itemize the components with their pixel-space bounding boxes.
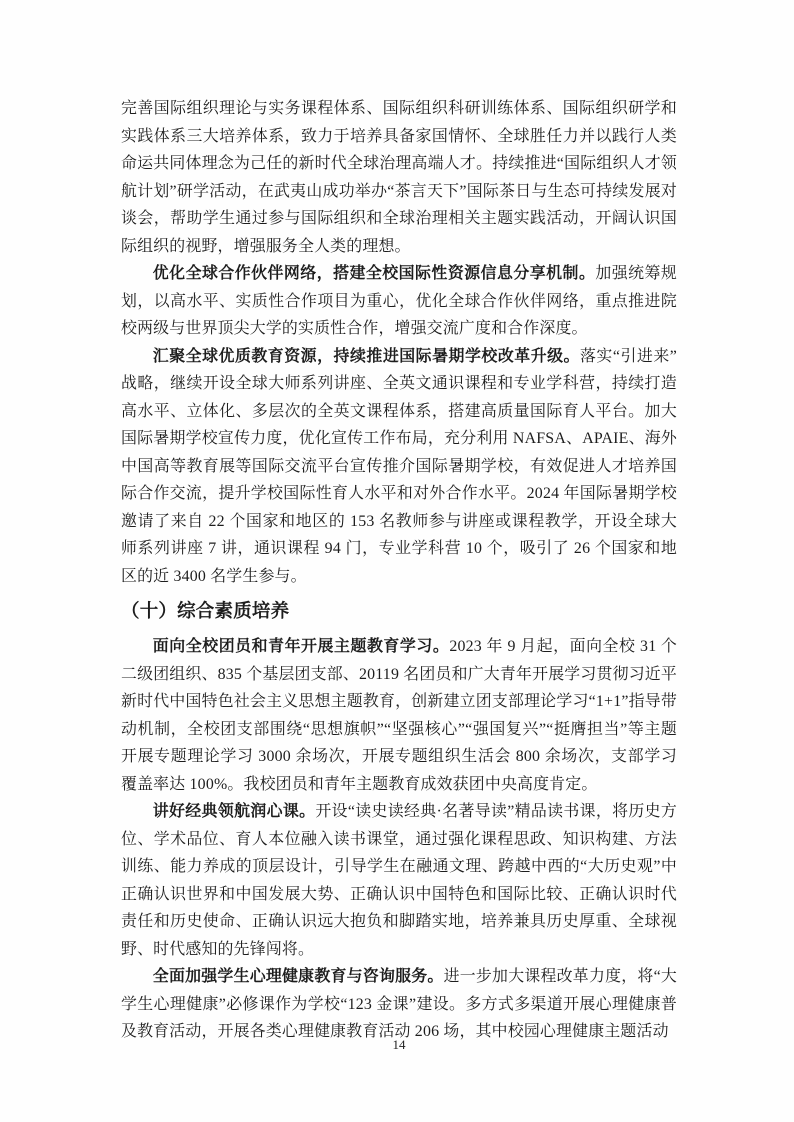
paragraph-lead: 全面加强学生心理健康教育与咨询服务。 <box>153 968 444 985</box>
document-page: 完善国际组织理论与实务课程体系、国际组织科研训练体系、国际组织研学和实践体系三大… <box>0 0 794 1122</box>
paragraph-partner-network: 优化全球合作伙伴网络，搭建全校国际性资源信息分享机制。加强统筹规划，以高水平、实… <box>121 260 677 343</box>
paragraph-lead: 优化全球合作伙伴网络，搭建全校国际性资源信息分享机制。 <box>153 265 596 282</box>
page-body: 完善国际组织理论与实务课程体系、国际组织科研训练体系、国际组织研学和实践体系三大… <box>121 95 677 1046</box>
paragraph-mental-health: 全面加强学生心理健康教育与咨询服务。进一步加大课程改革力度，将“大学生心理健康”… <box>121 963 677 1046</box>
paragraph-text: 落实“引进来”战略，继续开设全球大师系列讲座、全英文通识课程和专业学科营，持续打… <box>121 348 677 585</box>
paragraph-text: 开设“读史读经典·名著导读”精品读书课，将历史方位、学术品位、育人本位融入读书课… <box>121 803 677 958</box>
paragraph-text: 2023 年 9 月起，面向全校 31 个二级团组织、835 个基层团支部、20… <box>121 638 677 793</box>
paragraph-lead: 讲好经典领航润心课。 <box>153 803 316 820</box>
paragraph-lead: 面向全校团员和青年开展主题教育学习。 <box>153 638 450 655</box>
paragraph-youth-education: 面向全校团员和青年开展主题教育学习。2023 年 9 月起，面向全校 31 个二… <box>121 633 677 798</box>
paragraph-classics-course: 讲好经典领航润心课。开设“读史读经典·名著导读”精品读书课，将历史方位、学术品位… <box>121 798 677 963</box>
page-number: 14 <box>121 1037 677 1053</box>
paragraph-summer-school: 汇聚全球优质教育资源，持续推进国际暑期学校改革升级。落实“引进来”战略，继续开设… <box>121 343 677 591</box>
section-heading: （十）综合素质培养 <box>121 598 677 626</box>
paragraph-text: 完善国际组织理论与实务课程体系、国际组织科研训练体系、国际组织研学和实践体系三大… <box>121 100 677 255</box>
paragraph-continuation: 完善国际组织理论与实务课程体系、国际组织科研训练体系、国际组织研学和实践体系三大… <box>121 95 677 260</box>
paragraph-lead: 汇聚全球优质教育资源，持续推进国际暑期学校改革升级。 <box>153 348 580 365</box>
